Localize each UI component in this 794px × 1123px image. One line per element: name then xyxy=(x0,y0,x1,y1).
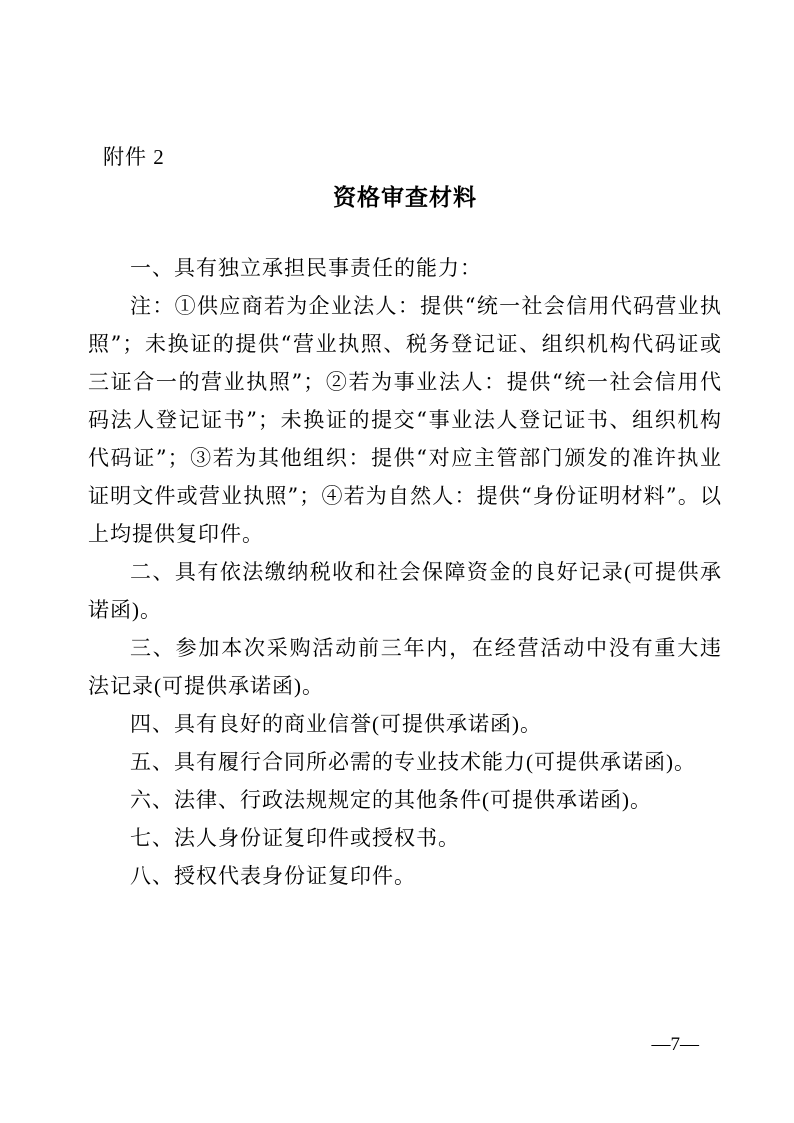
paragraph-item-4: 四、具有良好的商业信誉(可提供承诺函)。 xyxy=(88,705,722,743)
document-body: 一、具有独立承担民事责任的能力： 注：①供应商若为企业法人：提供“统一社会信用代… xyxy=(88,249,722,895)
paragraph-item-7: 七、法人身份证复印件或授权书。 xyxy=(88,819,722,857)
paragraph-item-1: 一、具有独立承担民事责任的能力： xyxy=(88,249,722,287)
paragraph-note: 注：①供应商若为企业法人：提供“统一社会信用代码营业执照”；未换证的提供“营业执… xyxy=(88,287,722,553)
paragraph-item-2: 二、具有依法缴纳税收和社会保障资金的良好记录(可提供承诺函)。 xyxy=(88,553,722,629)
document-page: 附件 2 资格审查材料 一、具有独立承担民事责任的能力： 注：①供应商若为企业法… xyxy=(0,0,794,1123)
paragraph-item-8: 八、授权代表身份证复印件。 xyxy=(88,857,722,895)
paragraph-item-5: 五、具有履行合同所必需的专业技术能力(可提供承诺函)。 xyxy=(88,743,722,781)
attachment-label: 附件 2 xyxy=(103,143,165,171)
page-number: —7— xyxy=(652,1033,700,1057)
paragraph-item-3: 三、参加本次采购活动前三年内，在经营活动中没有重大违法记录(可提供承诺函)。 xyxy=(88,629,722,705)
paragraph-item-6: 六、法律、行政法规规定的其他条件(可提供承诺函)。 xyxy=(88,781,722,819)
page-title: 资格审查材料 xyxy=(88,184,722,212)
